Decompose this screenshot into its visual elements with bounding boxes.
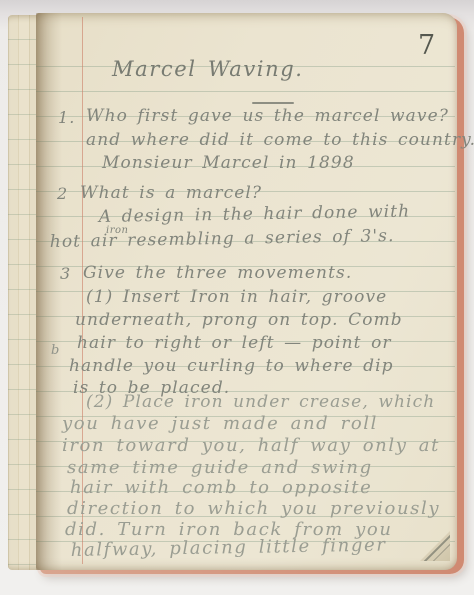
- handwriting-line: What is a marcel?: [80, 183, 262, 203]
- handwriting-line: Who first gave us the marcel wave?: [86, 106, 449, 126]
- handwriting-line: handle you curling to where dip: [69, 356, 394, 376]
- handwriting-line: iron toward you, half way only at: [62, 435, 440, 456]
- handwriting-line: Monsieur Marcel in 1898: [102, 153, 355, 173]
- page-title: Marcel Waving.: [112, 57, 304, 81]
- notebook-page: 7 Marcel Waving. 1. Who first gave us th…: [36, 13, 457, 570]
- handwriting-line: (1) Insert Iron in hair, groove: [86, 287, 387, 307]
- handwriting-line: Give the three movements.: [83, 263, 352, 283]
- handwriting-line: direction to which you previously: [67, 498, 440, 519]
- question-number: 3: [60, 264, 71, 283]
- page-number: 7: [418, 30, 435, 61]
- gutter-shadow: [36, 13, 62, 570]
- photo-background: 7 Marcel Waving. 1. Who first gave us th…: [0, 0, 474, 595]
- handwriting-line: and where did it come to this country.: [86, 130, 474, 150]
- margin-mark: b: [51, 343, 60, 358]
- handwriting-line: underneath, prong on top. Comb: [75, 310, 403, 330]
- handwriting-line: (2) Place iron under crease, which: [86, 392, 435, 412]
- handwriting-line: you have just made and roll: [62, 413, 378, 434]
- question-number: 1.: [58, 108, 75, 127]
- handwriting-line: same time guide and swing: [67, 457, 373, 478]
- handwriting-line: hair to right or left — point or: [77, 333, 392, 353]
- handwriting-line: hair with comb to opposite: [70, 477, 372, 498]
- pencil-dash: [252, 102, 294, 104]
- question-number: 2: [57, 184, 68, 203]
